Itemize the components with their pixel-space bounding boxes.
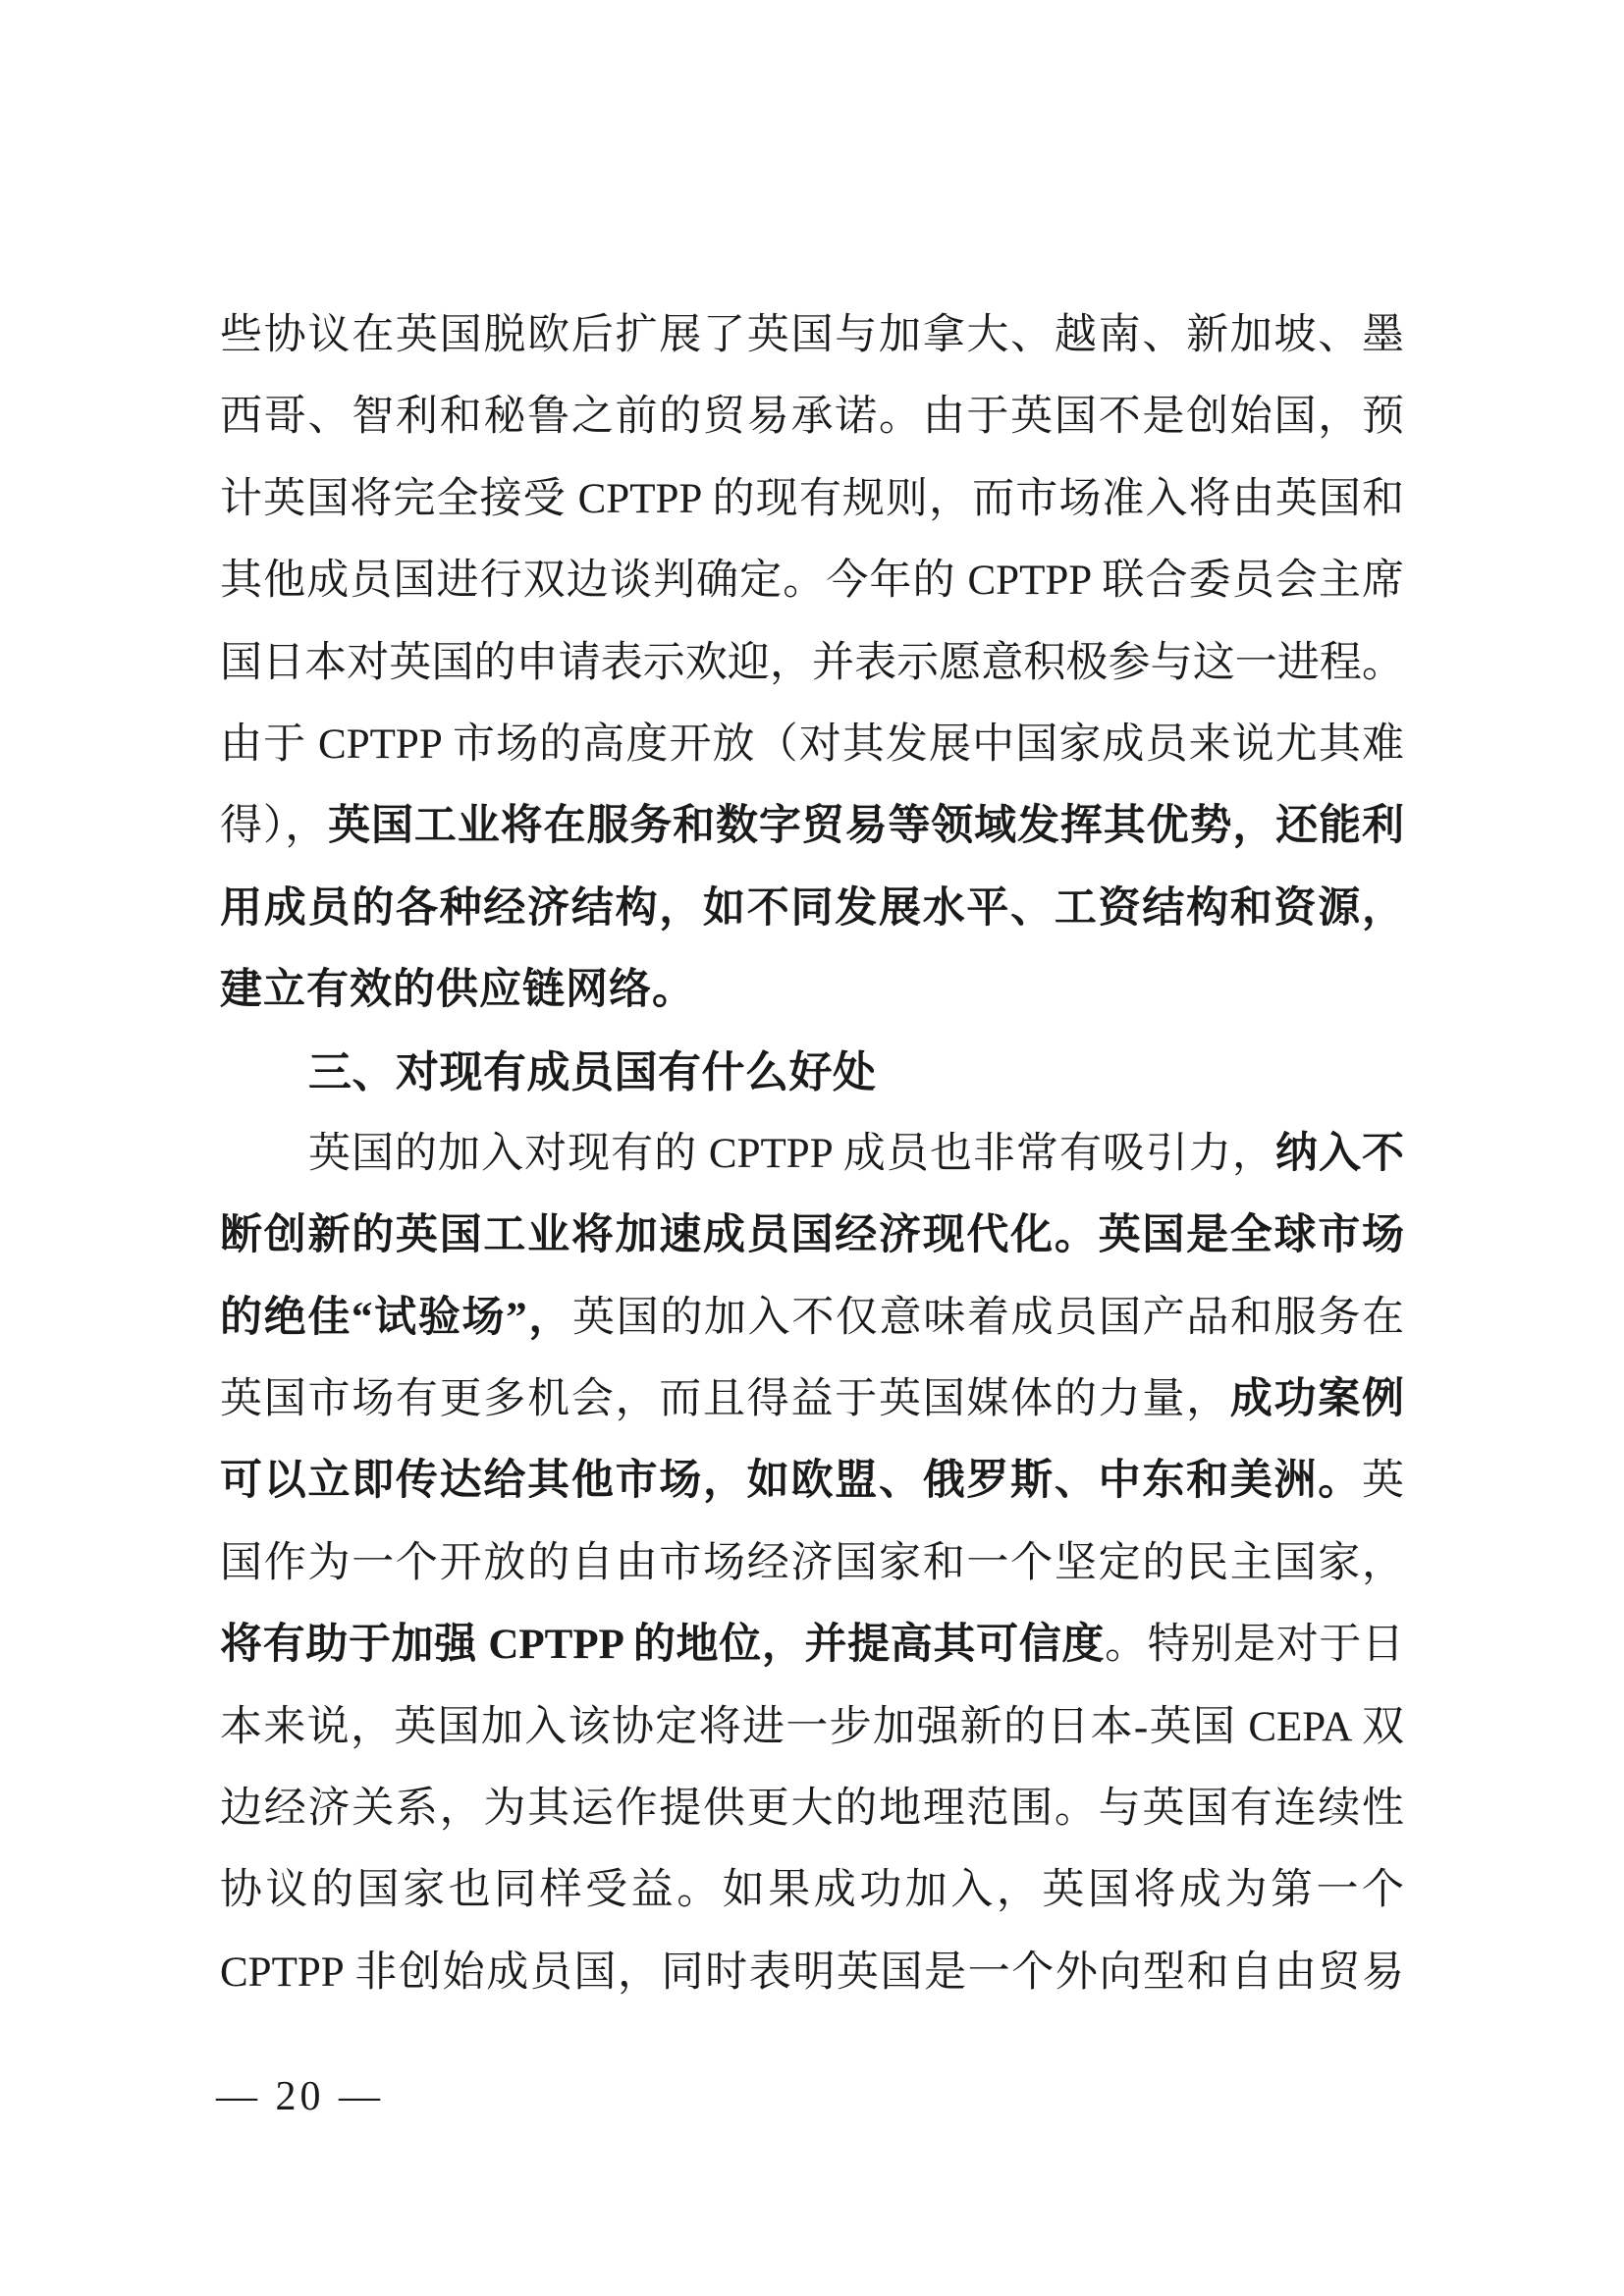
text-line: 协议的国家也同样受益。如果成功加入，英国将成为第一个 (220, 1849, 1404, 1931)
text-line: 西哥、智利和秘鲁之前的贸易承诺。由于英国不是创始国，预 (220, 376, 1404, 457)
text-line: 用成员的各种经济结构，如不同发展水平、工资结构和资源， (220, 868, 1404, 949)
text-line: 些协议在英国脱欧后扩展了英国与加拿大、越南、新加坡、墨 (220, 294, 1404, 376)
page-number-footer: — 20 — (216, 2064, 384, 2129)
text-line: CPTPP 非创始成员国，同时表明英国是一个外向型和自由贸易 (220, 1932, 1404, 2013)
document-page: 些协议在英国脱欧后扩展了英国与加拿大、越南、新加坡、墨西哥、智利和秘鲁之前的贸易… (0, 0, 1624, 2296)
text-line: 建立有效的供应链网络。 (220, 949, 1404, 1031)
text-line: 可以立即传达给其他市场，如欧盟、俄罗斯、中东和美洲。英 (220, 1440, 1404, 1522)
text-run: 。特别是对于日 (1105, 1622, 1404, 1668)
text-line: 断创新的英国工业将加速成员国经济现代化。英国是全球市场 (220, 1195, 1404, 1276)
bold-text-run: 建立有效的供应链网络。 (220, 967, 695, 1013)
section-heading: 三、对现有成员国有什么好处 (220, 1032, 1404, 1113)
text-line: 计英国将完全接受 CPTPP 的现有规则，而市场准入将由英国和 (220, 458, 1404, 540)
text-run: 本来说，英国加入该协定将进一步加强新的日本-英国 CEPA 双 (220, 1704, 1404, 1750)
text-run: 国作为一个开放的自由市场经济国家和一个坚定的民主国家， (220, 1540, 1404, 1586)
text-run: 得）， (220, 803, 328, 849)
text-run: 其他成员国进行双边谈判确定。今年的 CPTPP 联合委员会主席 (220, 558, 1404, 604)
bold-text-run: 断创新的英国工业将加速成员国经济现代化。英国是全球市场 (220, 1212, 1404, 1258)
bold-text-run: 英国工业将在服务和数字贸易等领域发挥其优势，还能利 (328, 803, 1404, 849)
text-line: 其他成员国进行双边谈判确定。今年的 CPTPP 联合委员会主席 (220, 540, 1404, 621)
text-run: 英 (1362, 1458, 1404, 1504)
text-run: 计英国将完全接受 CPTPP 的现有规则，而市场准入将由英国和 (220, 476, 1404, 522)
text-run: 英国的加入对现有的 CPTPP 成员也非常有吸引力， (308, 1131, 1275, 1177)
bold-text-run: 纳入不 (1275, 1131, 1404, 1177)
text-line: 英国市场有更多机会，而且得益于英国媒体的力量，成功案例 (220, 1359, 1404, 1440)
text-run: CPTPP 非创始成员国，同时表明英国是一个外向型和自由贸易 (220, 1949, 1404, 1996)
text-run: 西哥、智利和秘鲁之前的贸易承诺。由于英国不是创始国，预 (220, 394, 1404, 440)
bold-text-run: 将有助于加强 CPTPP 的地位，并提高其可信度 (220, 1622, 1105, 1668)
text-line: 国日本对英国的申请表示欢迎，并表示愿意积极参与这一进程。 (220, 622, 1404, 704)
document-body: 些协议在英国脱欧后扩展了英国与加拿大、越南、新加坡、墨西哥、智利和秘鲁之前的贸易… (220, 294, 1404, 2013)
bold-text-run: 用成员的各种经济结构，如不同发展水平、工资结构和资源， (220, 885, 1404, 932)
text-run: 国日本对英国的申请表示欢迎，并表示愿意积极参与这一进程。 (220, 640, 1404, 686)
text-line: 英国的加入对现有的 CPTPP 成员也非常有吸引力，纳入不 (220, 1113, 1404, 1195)
text-line: 由于 CPTPP 市场的高度开放（对其发展中国家成员来说尤其难 (220, 704, 1404, 785)
text-run: 英国的加入不仅意味着成员国产品和服务在 (572, 1295, 1404, 1341)
text-run: 边经济关系，为其运作提供更大的地理范围。与英国有连续性 (220, 1786, 1404, 1832)
text-run: 些协议在英国脱欧后扩展了英国与加拿大、越南、新加坡、墨 (220, 312, 1404, 358)
text-line: 的绝佳“试验场”，英国的加入不仅意味着成员国产品和服务在 (220, 1277, 1404, 1359)
text-line: 得），英国工业将在服务和数字贸易等领域发挥其优势，还能利 (220, 785, 1404, 867)
bold-text-run: 的绝佳“试验场”， (220, 1295, 572, 1341)
bold-text-run: 三、对现有成员国有什么好处 (308, 1048, 877, 1096)
text-run: 协议的国家也同样受益。如果成功加入，英国将成为第一个 (220, 1867, 1404, 1913)
bold-text-run: 可以立即传达给其他市场，如欧盟、俄罗斯、中东和美洲。 (220, 1458, 1362, 1504)
text-run: 英国市场有更多机会，而且得益于英国媒体的力量， (220, 1376, 1230, 1422)
bold-text-run: 成功案例 (1230, 1376, 1404, 1422)
text-line: 将有助于加强 CPTPP 的地位，并提高其可信度。特别是对于日 (220, 1604, 1404, 1685)
text-line: 本来说，英国加入该协定将进一步加强新的日本-英国 CEPA 双 (220, 1686, 1404, 1768)
text-line: 边经济关系，为其运作提供更大的地理范围。与英国有连续性 (220, 1768, 1404, 1849)
text-run: 由于 CPTPP 市场的高度开放（对其发展中国家成员来说尤其难 (220, 721, 1404, 768)
text-line: 国作为一个开放的自由市场经济国家和一个坚定的民主国家， (220, 1522, 1404, 1604)
